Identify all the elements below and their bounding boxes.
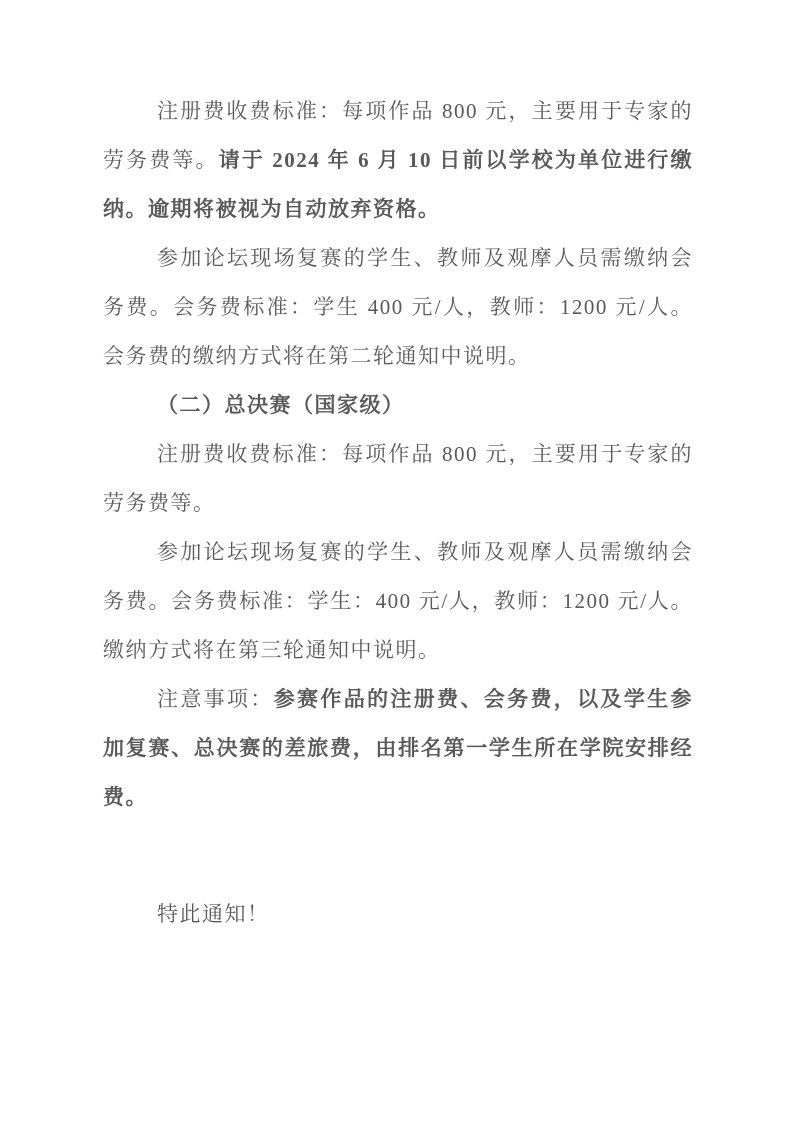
paragraph-heading-2: （二）总决赛（国家级） (103, 381, 693, 430)
document-page: 注册费收费标准：每项作品 800 元，主要用于专家的劳务费等。请于 2024 年… (0, 0, 794, 1123)
text-run: 特此通知！ (157, 902, 270, 926)
text-run: 注意事项： (157, 687, 274, 711)
paragraph-body-4: 参加论坛现场复赛的学生、教师及观摩人员需缴纳会务费。会务费标准：学生：400 元… (103, 528, 693, 675)
text-run: （二）总决赛（国家级） (157, 393, 405, 417)
text-run: 参加论坛现场复赛的学生、教师及观摩人员需缴纳会务费。会务费标准：学生 400 元… (103, 246, 693, 368)
paragraph-body-3: 注册费收费标准：每项作品 800 元，主要用于专家的劳务费等。 (103, 430, 693, 528)
document-content: 注册费收费标准：每项作品 800 元，主要用于专家的劳务费等。请于 2024 年… (103, 0, 693, 939)
text-run: 参加论坛现场复赛的学生、教师及观摩人员需缴纳会务费。会务费标准：学生：400 元… (103, 540, 693, 662)
paragraph-closing-6: 特此通知！ (103, 890, 693, 939)
paragraph-body-0: 注册费收费标准：每项作品 800 元，主要用于专家的劳务费等。请于 2024 年… (103, 87, 693, 234)
text-run: 注册费收费标准：每项作品 800 元，主要用于专家的劳务费等。 (103, 442, 693, 515)
paragraph-body-5: 注意事项：参赛作品的注册费、会务费，以及学生参加复赛、总决赛的差旅费，由排名第一… (103, 675, 693, 822)
paragraph-body-1: 参加论坛现场复赛的学生、教师及观摩人员需缴纳会务费。会务费标准：学生 400 元… (103, 234, 693, 381)
